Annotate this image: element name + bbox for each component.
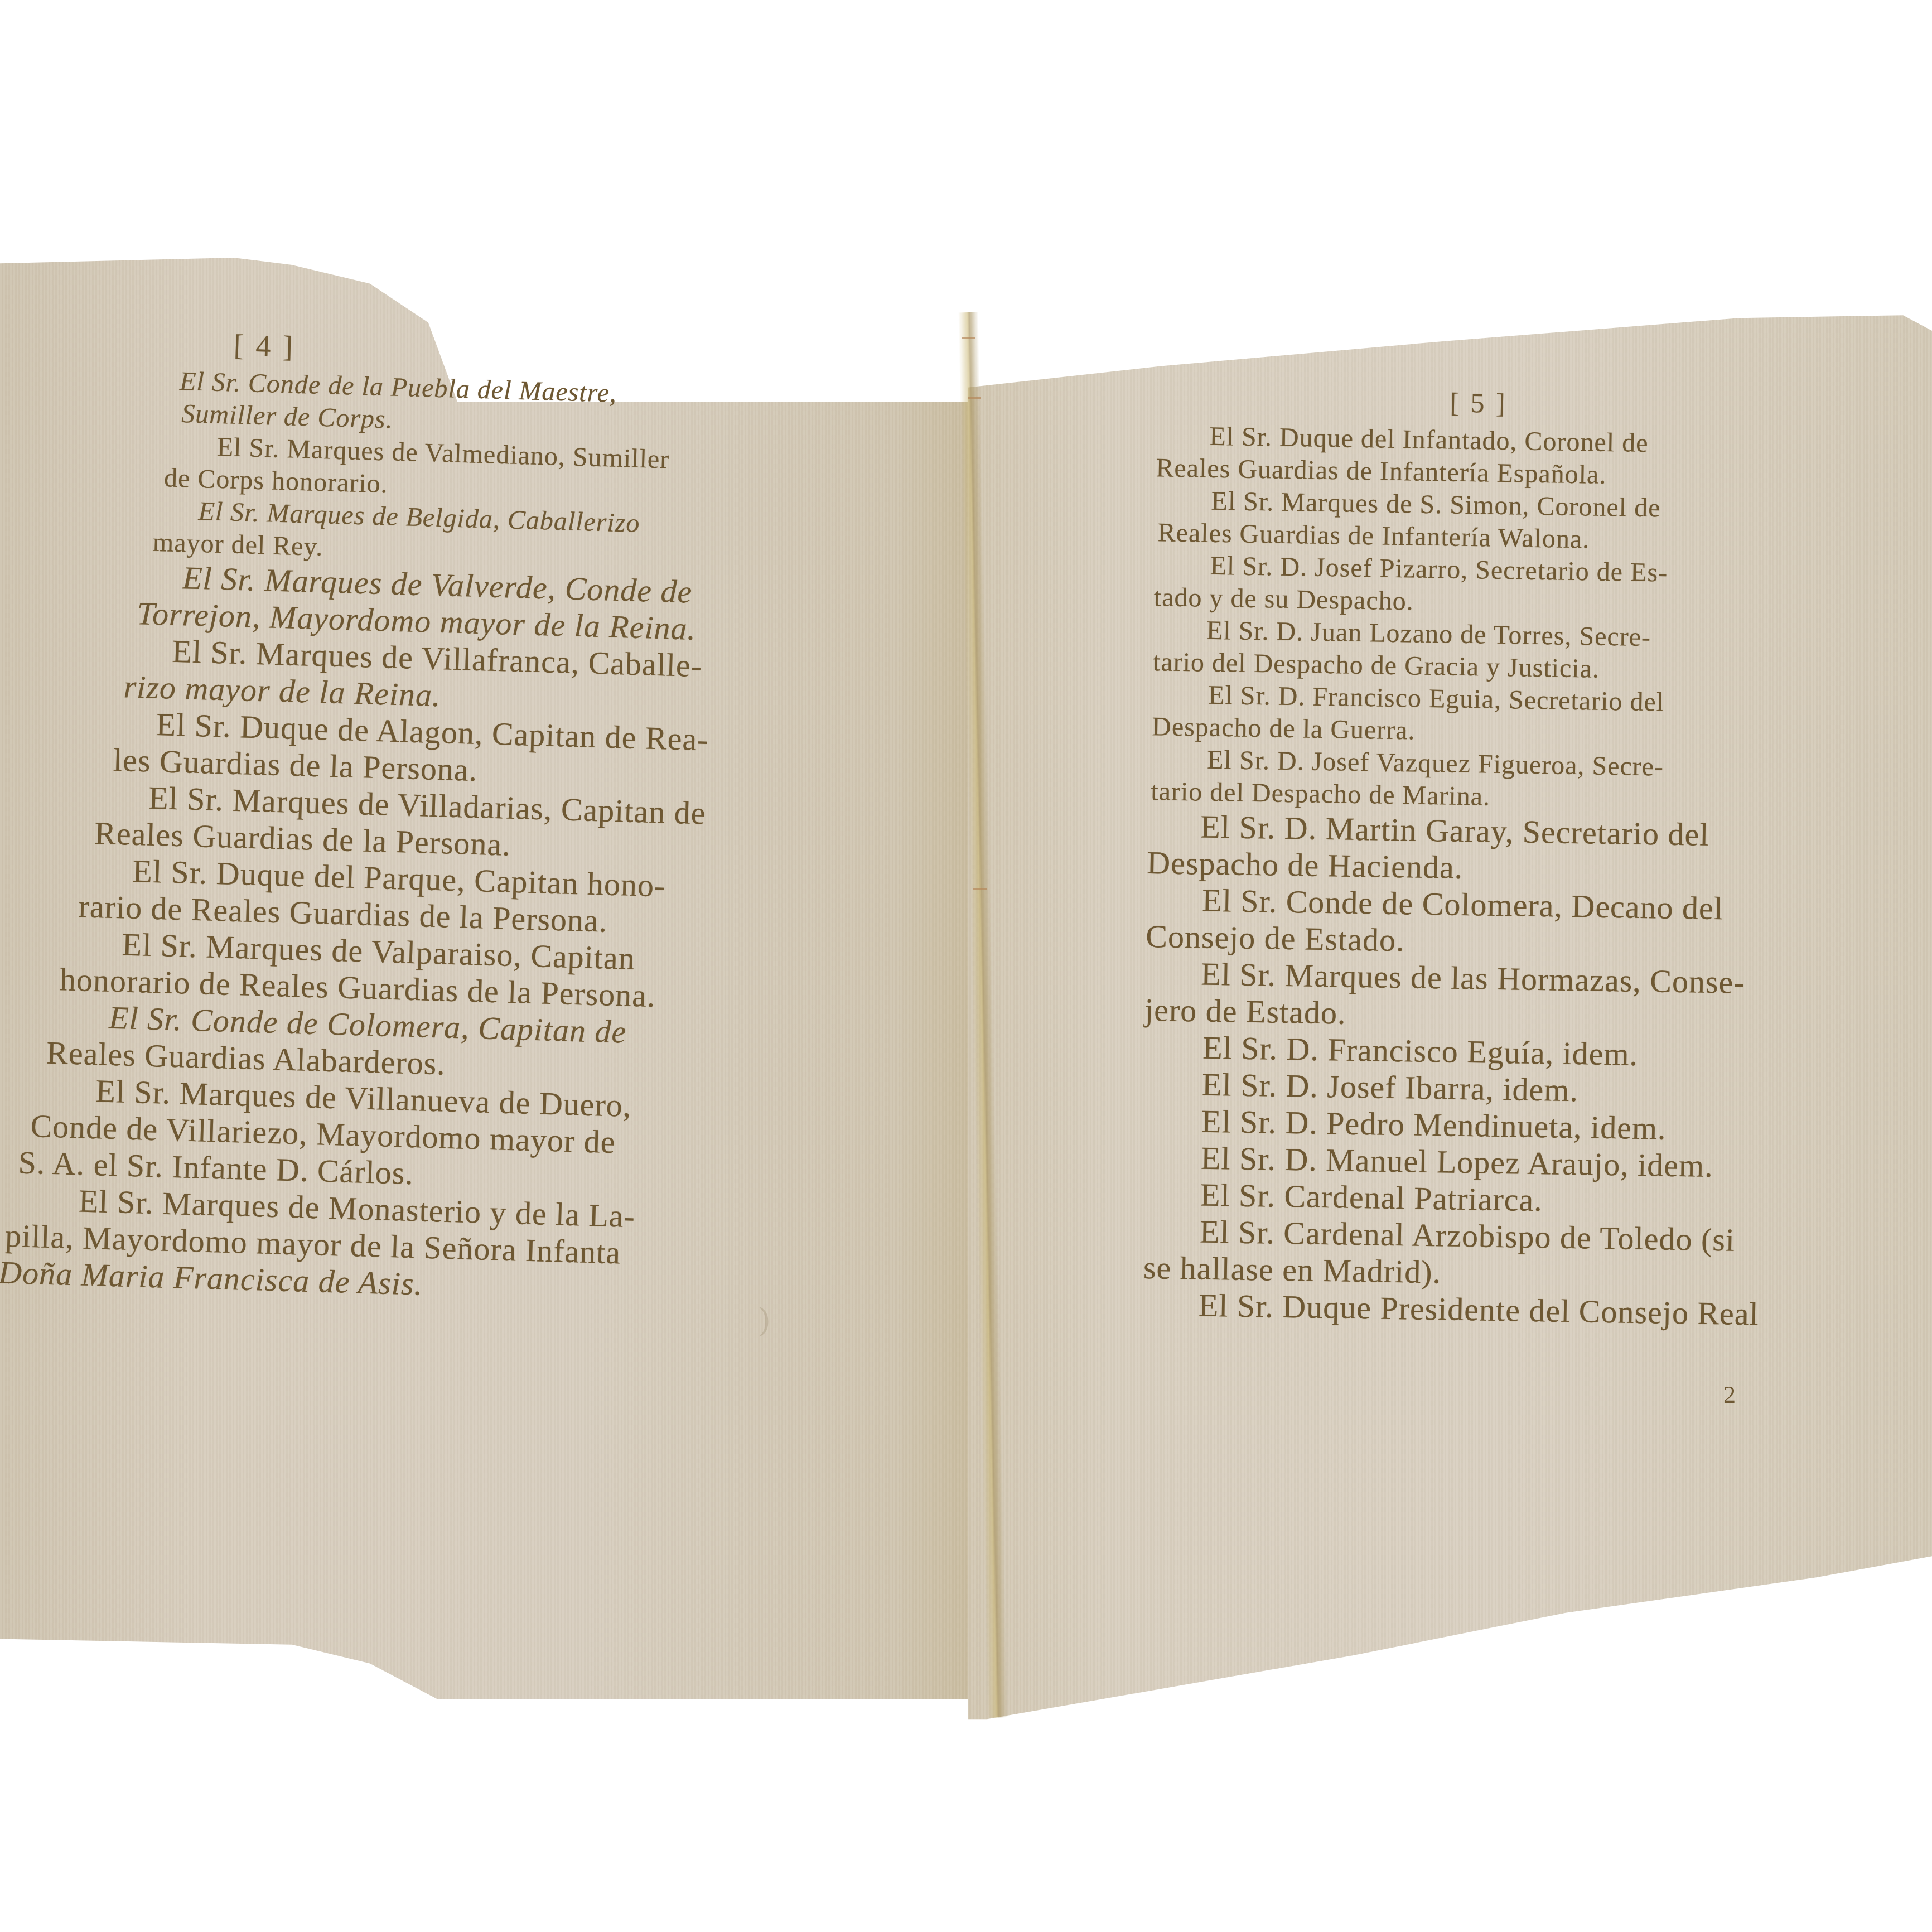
show-through-mark: ) [759,1300,770,1338]
binding-stitch-icon [968,397,981,399]
binding-stitch-icon [973,888,987,890]
binding-stitch-icon [962,337,975,339]
right-page-text: [ 5 ] El Sr. Duque del Infantado, Corone… [1134,379,1932,1335]
signature-mark: 2 [1723,1380,1736,1409]
left-page-text: [ 4 ] El Sr. Conde de la Puebla del Maes… [0,321,803,1312]
open-book: [ 4 ] El Sr. Conde de la Puebla del Maes… [0,0,1932,1932]
